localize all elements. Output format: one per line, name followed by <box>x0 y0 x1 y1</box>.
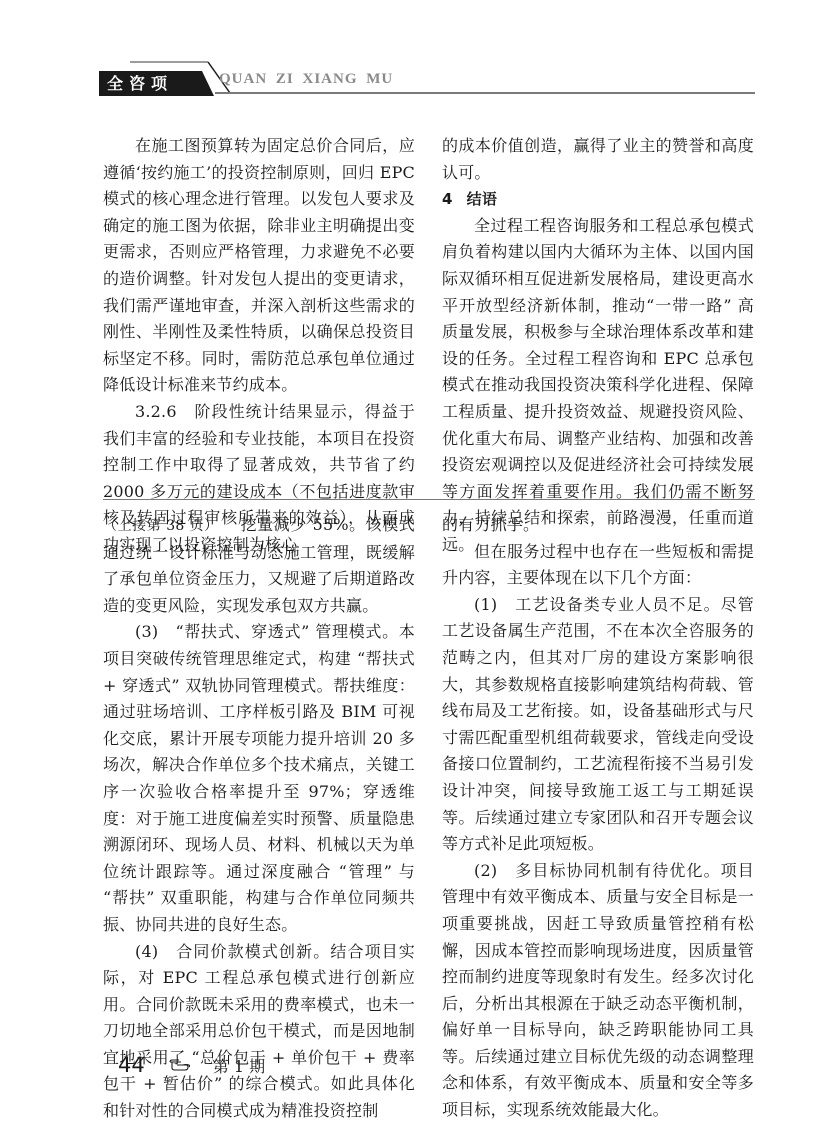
column-bottom-right: 的有力抓手。 但在服务过程中也存在一些短板和需提升内容，主要体现在以下几个方面：… <box>442 512 754 1124</box>
column-top-left: 在施工图预算转为固定总价合同后，应遵循‘按约施工’的投资控制原则，回归 EPC … <box>103 133 415 559</box>
paragraph: (3) “帮扶式、穿透式” 管理模式。本项目突破传统管理思维定式，构建 “帮扶式… <box>103 619 415 938</box>
section-divider <box>103 499 755 500</box>
pointing-hand-icon <box>169 1059 191 1071</box>
page-footer: 44 第 1 期 <box>118 1050 265 1080</box>
column-top-right: 的成本价值创造，赢得了业主的赞誉和高度认可。 4结语 全过程工程咨询服务和工程总… <box>442 133 754 559</box>
section-label: 全咨项目 <box>99 71 193 96</box>
page-number: 44 <box>118 1053 145 1077</box>
paragraph: (4) 合同价款模式创新。结合项目实际，对 EPC 工程总承包模式进行创新应用。… <box>103 939 415 1125</box>
paragraph: (1) 工艺设备类专业人员不足。尽管工艺设备属生产范围，不在本次全咨服务的范畴之… <box>442 592 754 858</box>
continued-from-note: （上接第 38 页） <box>103 518 219 534</box>
paragraph: 在施工图预算转为固定总价合同后，应遵循‘按约施工’的投资控制原则，回归 EPC … <box>103 133 415 399</box>
paragraph: 全过程工程咨询服务和工程总承包模式肩负着构建以国内大循环为主体、以国内国际双循环… <box>442 213 754 559</box>
paragraph-continuation: 的成本价值创造，赢得了业主的赞誉和高度认可。 <box>442 133 754 186</box>
page-header: 全咨项目 QUAN ZI XIANG MU <box>0 0 839 120</box>
paragraph: (2) 多目标协同机制有待优化。项目管理中有效平衡成本、质量与安全目标是一项重要… <box>442 858 754 1124</box>
heading-title: 结语 <box>467 190 497 208</box>
heading-number: 4 <box>442 190 453 208</box>
section-heading: 4结语 <box>442 186 754 213</box>
header-rule <box>215 92 755 94</box>
section-pinyin: QUAN ZI XIANG MU <box>219 71 393 88</box>
issue-label: 第 1 期 <box>213 1054 265 1077</box>
paragraph-continuation: 的有力抓手。 <box>442 512 754 539</box>
paragraph: （上接第 38 页）挖量减少 55%。该模式通过统一设计标准与动态施工管理，既缓… <box>103 512 415 619</box>
column-bottom-left: （上接第 38 页）挖量减少 55%。该模式通过统一设计标准与动态施工管理，既缓… <box>103 512 415 1125</box>
paragraph: 但在服务过程中也存在一些短板和需提升内容，主要体现在以下几个方面： <box>442 539 754 592</box>
